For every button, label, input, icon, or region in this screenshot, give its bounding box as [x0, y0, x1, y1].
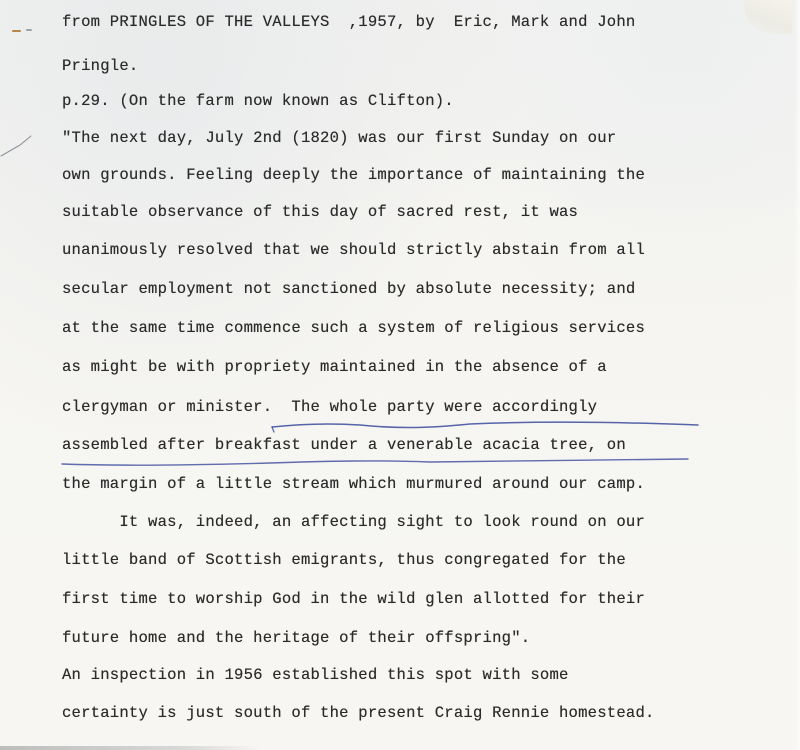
text-line: little band of Scottish emigrants, thus …	[62, 550, 626, 570]
text-line: the margin of a little stream which murm…	[62, 474, 645, 494]
text-line: suitable observance of this day of sacre…	[62, 202, 578, 222]
text-line-note: certainty is just south of the present C…	[62, 703, 655, 723]
text-line: "The next day, July 2nd (1820) was our f…	[62, 128, 616, 148]
text-line: unanimously resolved that we should stri…	[62, 240, 645, 260]
scanned-page: from PRINGLES OF THE VALLEYS ,1957, by E…	[0, 0, 800, 750]
text-line-page-ref: p.29. (On the farm now known as Clifton)…	[62, 91, 454, 111]
text-line-authors: Pringle.	[62, 56, 138, 76]
text-line: future home and the heritage of their of…	[62, 628, 530, 648]
text-line: as might be with propriety maintained in…	[62, 357, 607, 377]
text-line: secular employment not sanctioned by abs…	[62, 279, 635, 299]
text-line-source: from PRINGLES OF THE VALLEYS ,1957, by E…	[62, 12, 635, 32]
text-line: assembled after breakfast under a venera…	[62, 435, 626, 455]
text-line: own grounds. Feeling deeply the importan…	[62, 165, 645, 185]
text-line: first time to worship God in the wild gl…	[62, 589, 645, 609]
text-line-note: An inspection in 1956 established this s…	[62, 665, 569, 685]
typed-text-body: from PRINGLES OF THE VALLEYS ,1957, by E…	[0, 0, 800, 750]
text-line-indented: It was, indeed, an affecting sight to lo…	[62, 512, 645, 532]
text-line: at the same time commence such a system …	[62, 318, 645, 338]
text-line: clergyman or minister. The whole party w…	[62, 397, 597, 417]
